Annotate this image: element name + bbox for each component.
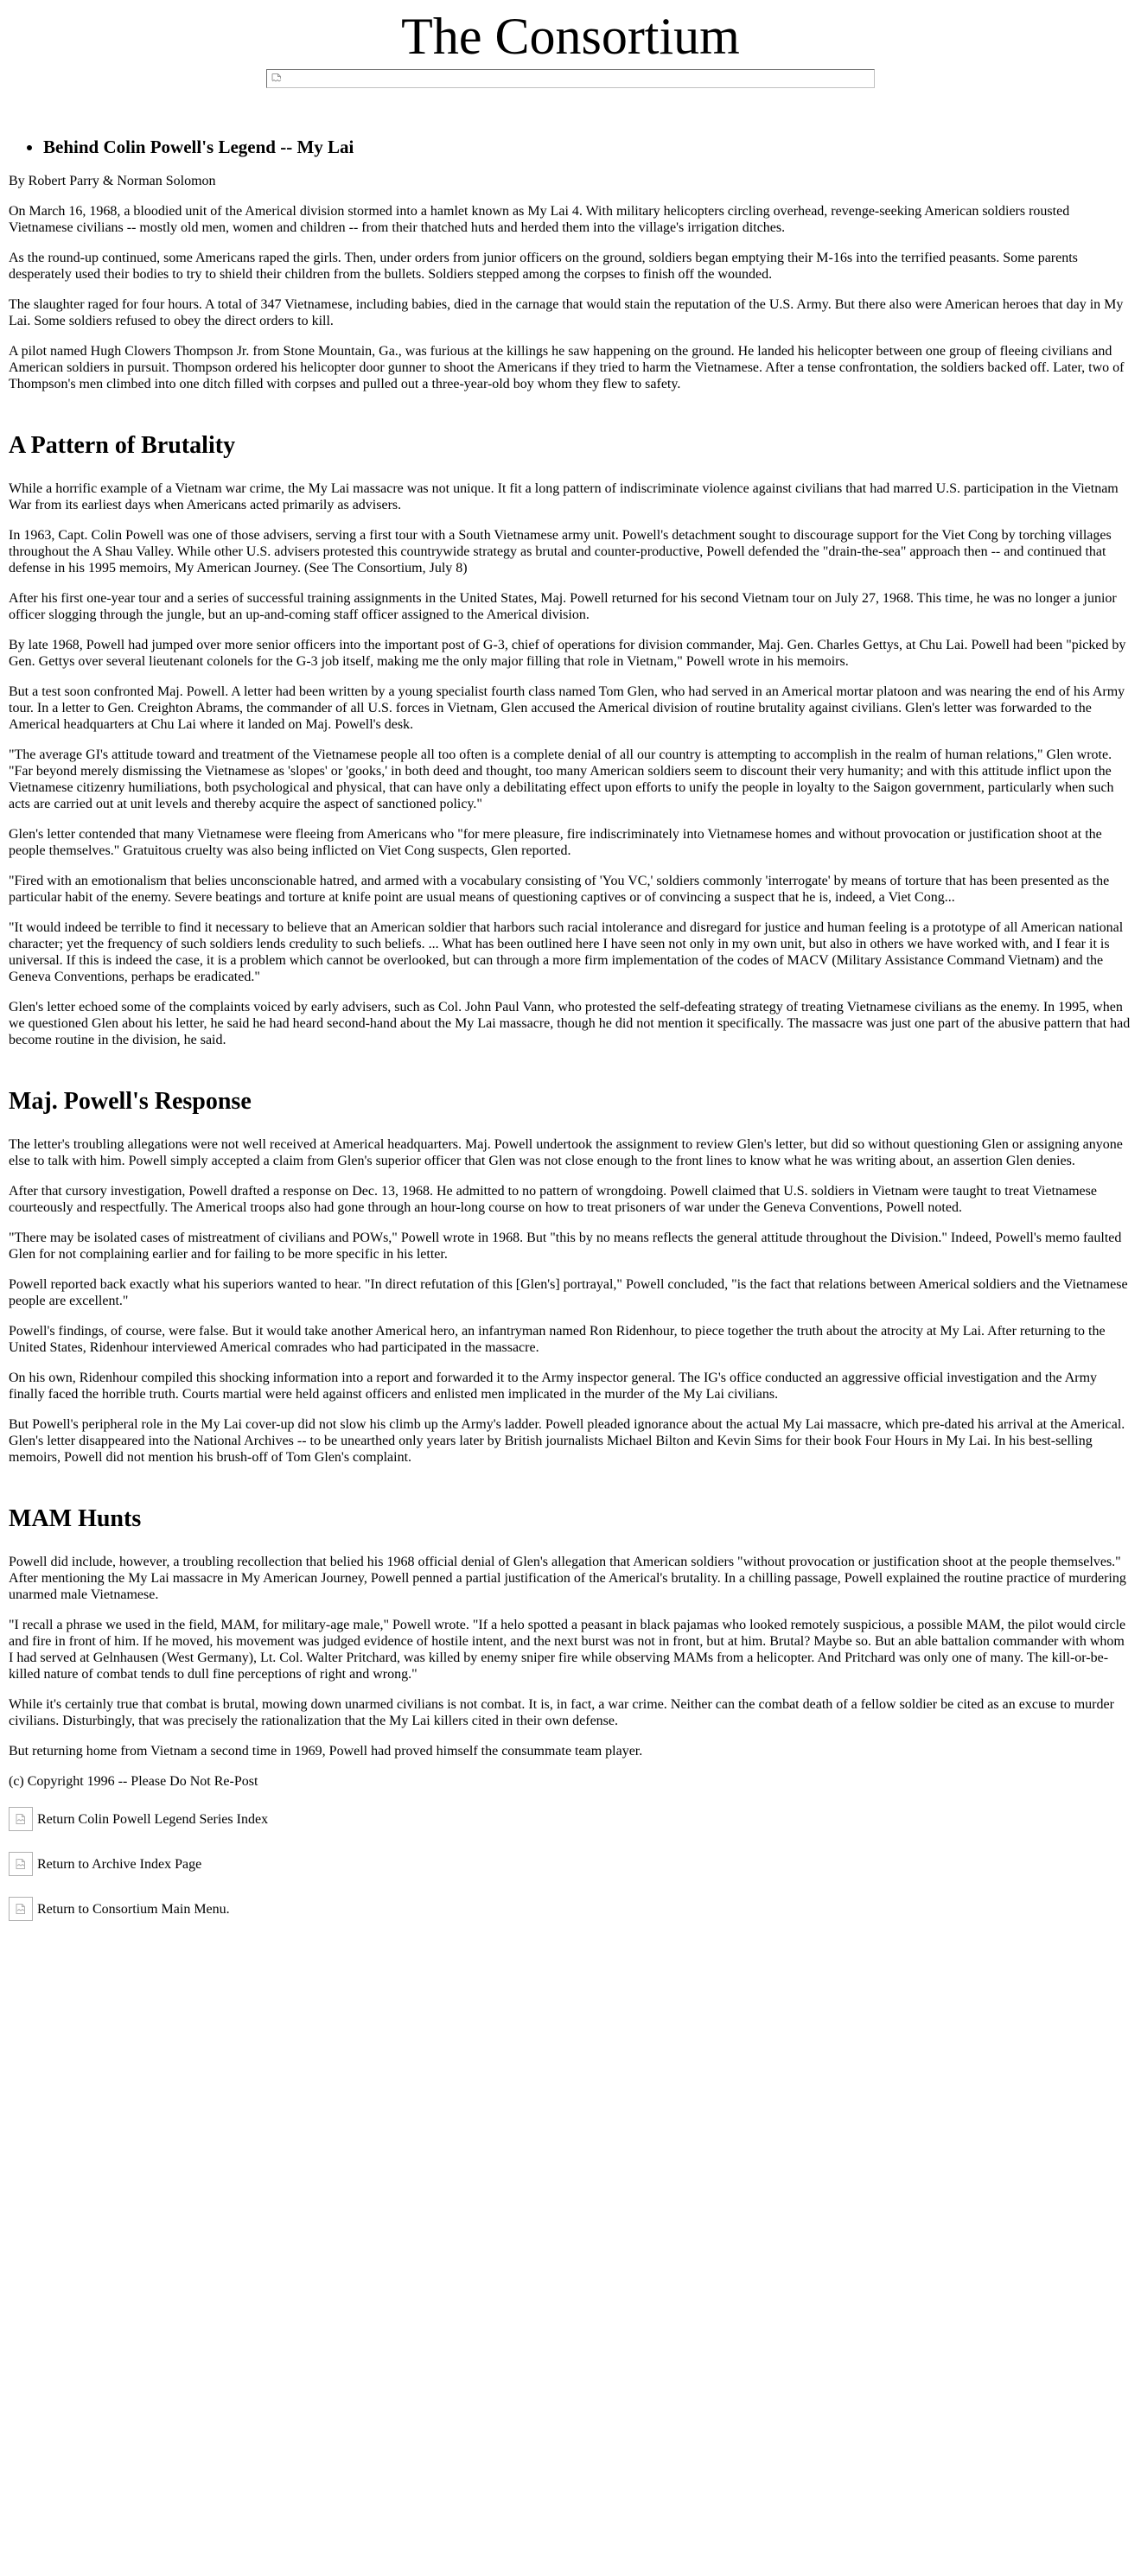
section-mam-hunts: MAM Hunts Powell did include, however, a… bbox=[9, 1505, 1132, 1759]
section-heading: Maj. Powell's Response bbox=[9, 1088, 1132, 1116]
broken-image-icon bbox=[271, 73, 282, 83]
paragraph: While a horrific example of a Vietnam wa… bbox=[9, 480, 1132, 513]
broken-image-icon[interactable] bbox=[9, 1852, 33, 1876]
masthead: The Consortium bbox=[9, 0, 1132, 88]
article-intro: On March 16, 1968, a bloodied unit of th… bbox=[9, 203, 1132, 392]
broken-image-icon[interactable] bbox=[9, 1807, 33, 1831]
article-headline: Behind Colin Powell's Legend -- My Lai bbox=[43, 137, 1132, 157]
paragraph: "There may be isolated cases of mistreat… bbox=[9, 1230, 1132, 1263]
paragraph: While it's certainly true that combat is… bbox=[9, 1696, 1132, 1729]
link-archive-index[interactable]: Return to Archive Index Page bbox=[9, 1852, 1132, 1876]
paragraph: The slaughter raged for four hours. A to… bbox=[9, 296, 1132, 329]
paragraph: On March 16, 1968, a bloodied unit of th… bbox=[9, 203, 1132, 236]
link-main-menu[interactable]: Return to Consortium Main Menu. bbox=[9, 1897, 1132, 1921]
quote-paragraph: "The average GI's attitude toward and tr… bbox=[9, 747, 1132, 812]
site-title: The Consortium bbox=[9, 9, 1132, 64]
quote-paragraph: "I recall a phrase we used in the field,… bbox=[9, 1617, 1132, 1682]
paragraph: After that cursory investigation, Powell… bbox=[9, 1183, 1132, 1216]
paragraph: Powell reported back exactly what his su… bbox=[9, 1276, 1132, 1309]
banner-image[interactable] bbox=[266, 69, 875, 88]
paragraph: Glen's letter contended that many Vietna… bbox=[9, 826, 1132, 859]
paragraph: After his first one-year tour and a seri… bbox=[9, 590, 1132, 623]
paragraph: The letter's troubling allegations were … bbox=[9, 1136, 1132, 1169]
paragraph: By late 1968, Powell had jumped over mor… bbox=[9, 637, 1132, 670]
paragraph: But Powell's peripheral role in the My L… bbox=[9, 1416, 1132, 1466]
section-heading: MAM Hunts bbox=[9, 1505, 1132, 1533]
paragraph: As the round-up continued, some American… bbox=[9, 250, 1132, 283]
section-heading: A Pattern of Brutality bbox=[9, 432, 1132, 460]
paragraph: On his own, Ridenhour compiled this shoc… bbox=[9, 1370, 1132, 1402]
paragraph: In 1963, Capt. Colin Powell was one of t… bbox=[9, 527, 1132, 576]
paragraph: A pilot named Hugh Clowers Thompson Jr. … bbox=[9, 343, 1132, 392]
section-powells-response: Maj. Powell's Response The letter's trou… bbox=[9, 1088, 1132, 1466]
byline: By Robert Parry & Norman Solomon bbox=[9, 173, 1132, 189]
link-powell-series-index[interactable]: Return Colin Powell Legend Series Index bbox=[9, 1807, 1132, 1831]
nav-link-label[interactable]: Return to Consortium Main Menu. bbox=[37, 1901, 230, 1918]
section-pattern-of-brutality: A Pattern of Brutality While a horrific … bbox=[9, 432, 1132, 1048]
paragraph: Glen's letter echoed some of the complai… bbox=[9, 999, 1132, 1048]
article-headline-list: Behind Colin Powell's Legend -- My Lai bbox=[9, 137, 1132, 157]
nav-link-label[interactable]: Return to Archive Index Page bbox=[37, 1856, 201, 1873]
paragraph: Powell's findings, of course, were false… bbox=[9, 1323, 1132, 1356]
paragraph: But returning home from Vietnam a second… bbox=[9, 1743, 1132, 1759]
quote-paragraph: "Fired with an emotionalism that belies … bbox=[9, 873, 1132, 906]
copyright-notice: (c) Copyright 1996 -- Please Do Not Re-P… bbox=[9, 1773, 1132, 1790]
quote-paragraph: "It would indeed be terrible to find it … bbox=[9, 919, 1132, 985]
paragraph: But a test soon confronted Maj. Powell. … bbox=[9, 684, 1132, 733]
footer-nav: Return Colin Powell Legend Series Index … bbox=[9, 1807, 1132, 1921]
nav-link-label[interactable]: Return Colin Powell Legend Series Index bbox=[37, 1811, 268, 1828]
broken-image-icon[interactable] bbox=[9, 1897, 33, 1921]
paragraph: Powell did include, however, a troubling… bbox=[9, 1554, 1132, 1603]
